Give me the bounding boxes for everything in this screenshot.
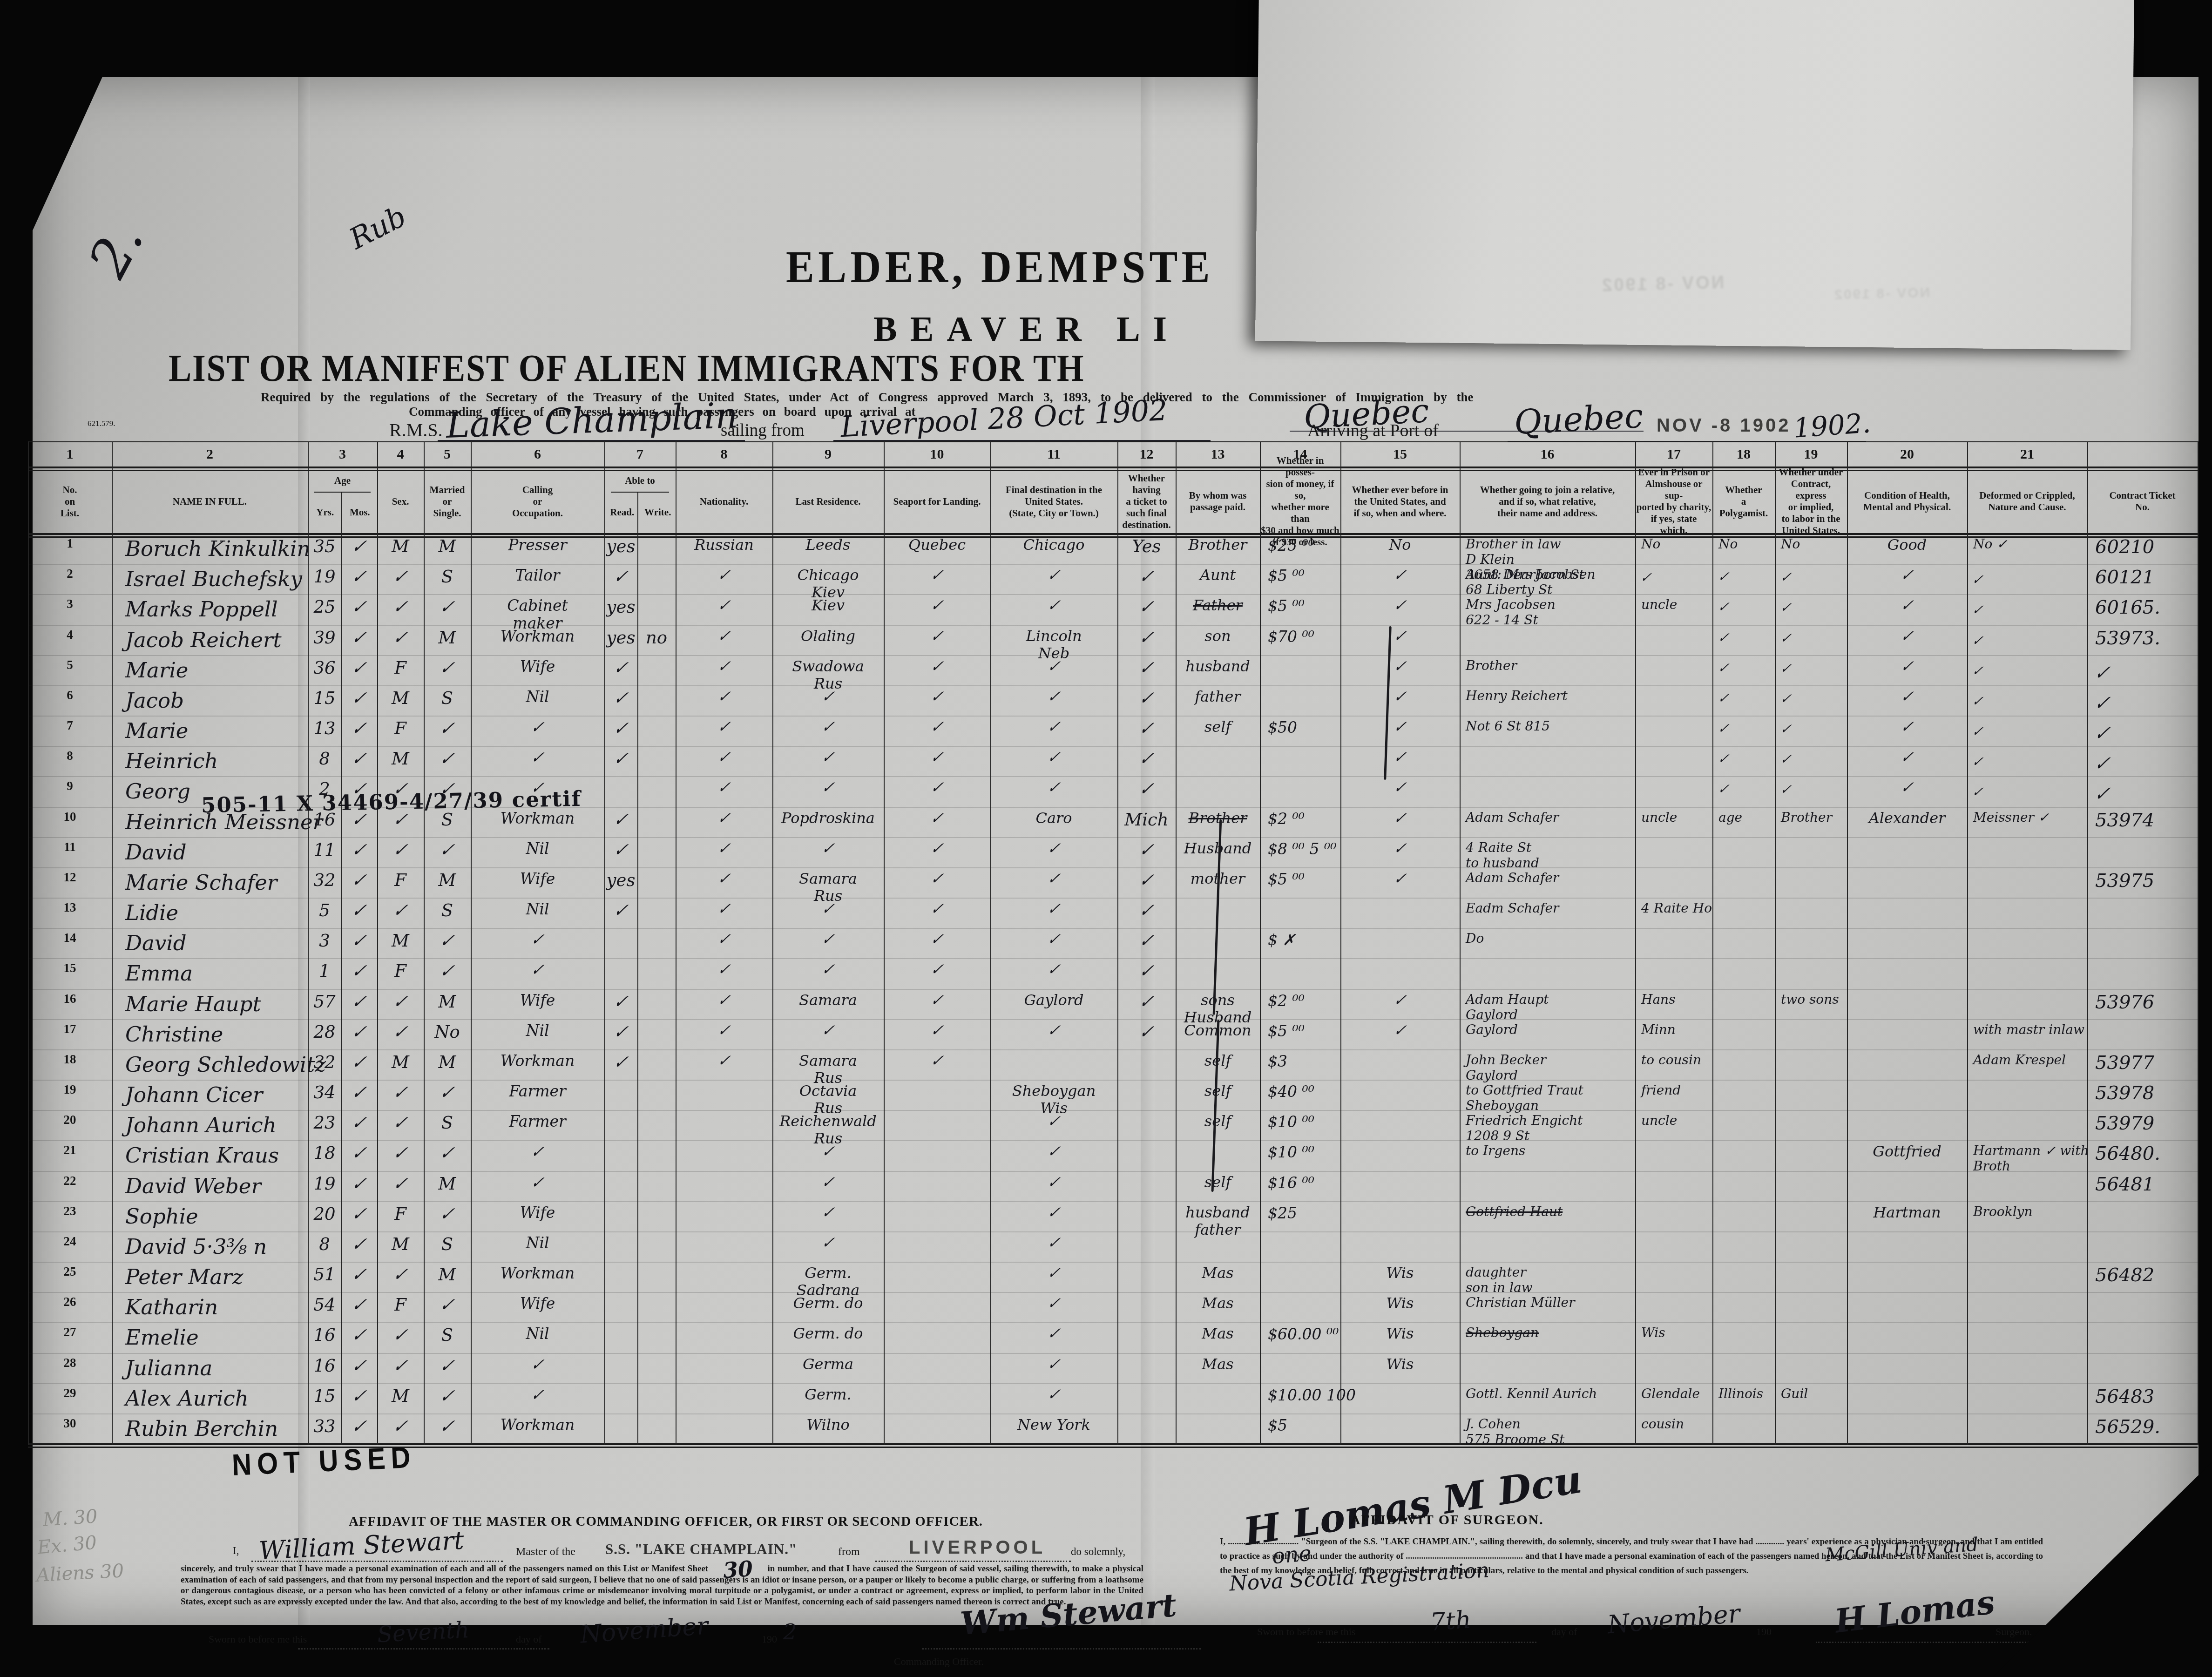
table-cell: Wife [472,658,603,676]
table-cell: Christian Müller [1461,1295,1638,1310]
table-cell: Minn [1637,1022,1716,1037]
column-header: Ever in Prison or Almshouse or sup- port… [1636,471,1711,532]
table-cell: ✓ [341,1142,378,1165]
table-cell: Wife [472,870,603,888]
column-sub-label: Mos. [343,494,378,531]
table-cell: $25 [1261,1204,1346,1222]
surgeon-sworn-underline [1318,1642,1536,1643]
table-cell: 15 [29,961,110,975]
column-divider [1712,441,1713,1445]
table-cell: No [1714,536,1778,552]
table-cell: Wife [472,1204,603,1222]
table-cell: Germ. Sadrana [774,1265,882,1299]
table-cell: Marie Schafer [113,870,318,895]
table-cell: 13 [309,718,340,738]
table-cell: daughter son in law [1461,1265,1638,1295]
table-cell: Brother [1177,536,1258,554]
column-header: Deformed or Crippled, Nature and Cause. [1968,471,2086,532]
table-cell: Friedrich Engicht 1208 9 St [1461,1113,1638,1143]
table-cell: ✓ [341,1172,378,1195]
column-header: Sex. [378,471,423,532]
table-cell: F [379,1295,422,1315]
table-cell: Alex Aurich [113,1386,318,1411]
table-cell: 14 [29,931,110,945]
table-cell: S [425,567,469,587]
table-cell: with mastr inlaw [1968,1022,2090,1037]
column-number: 5 [424,442,471,467]
sheet-number-handwritten: 30 [711,1568,765,1571]
table-cell: Johann Aurich [113,1113,318,1137]
table-cell: Israel Buchefsky [113,567,318,591]
table-cell: ✓ [341,1050,378,1074]
column-group-label: Able to [604,471,676,490]
table-cell: John Becker Gaylord [1461,1052,1638,1083]
table-cell: 25 [29,1265,110,1279]
table-cell: $5 ⁰⁰ [1261,567,1346,585]
table-cell: 32 [309,870,340,890]
ghost-stamp-text: NOV -8 1902 [1833,285,1930,303]
table-cell: $3 [1261,1052,1346,1070]
table-cell: Mas [1177,1265,1258,1282]
table-cell: Aunt: Mrs Jacobsen 68 Liberty St [1461,567,1638,597]
table-cell: 13 [29,900,110,915]
table-cell: ✓ [341,1414,378,1438]
ghost-stamp-text: NOV -8 1902 [1600,273,1725,296]
table-cell: Eadm Schafer [1461,900,1638,916]
liverpool-stamp: LIVERPOOL [909,1537,1046,1558]
table-cell: Kiev [774,597,882,614]
table-cell: 11 [29,840,110,854]
table-cell: ✓ [341,1202,378,1225]
table-cell: 29 [29,1386,110,1400]
table-cell: to Gottfried Traut Sheboygan [1461,1082,1638,1113]
table-cell: uncle [1637,1113,1716,1128]
table-cell: Mas [1177,1325,1258,1342]
table-cell: Nil [472,688,603,706]
table-cell: 28 [29,1356,110,1370]
table-cell: Lidie [113,900,318,925]
column-sub-label: Write. [640,494,676,531]
table-cell: Tailor [472,567,603,584]
table-cell: Hartman [1848,1204,1966,1221]
table-cell: Gaylord [1461,1022,1638,1037]
pencil-note-manifest: M. 30 [42,1506,98,1531]
column-number: 18 [1712,442,1775,467]
column-number: 1 [28,442,112,467]
table-cell: Gaylord [992,992,1116,1009]
master-body-a: sincerely, and truly swear that I have m… [181,1564,708,1574]
table-cell: Sophie [113,1204,318,1229]
column-header: Whether having a ticket to such final de… [1118,471,1175,532]
table-cell: Illinois [1714,1386,1778,1401]
table-cell: Peter Marz [113,1265,318,1289]
table-cell: ✓ [604,899,638,922]
table-cell: 23 [29,1204,110,1218]
table-cell: Gottfried [1848,1143,1966,1160]
column-header: Seaport for Landing. [885,471,989,532]
master-affidavit-heading: AFFIDAVIT OF THE MASTER OR COMMANDING OF… [196,1514,1136,1529]
table-cell: M [379,1052,422,1072]
table-cell: 20 [309,1204,340,1224]
table-double-rule [28,467,2198,468]
table-cell: 53974 [2089,810,2203,831]
master-sworn-day: Seventh [377,1617,470,1648]
table-cell: Leeds [774,536,882,554]
surgeon-year-print: 190 [1756,1626,1772,1638]
table-cell: ✓ [341,565,378,588]
table-cell: $5 ⁰⁰ [1261,597,1346,615]
table-cell: ✓ [341,899,378,922]
table-cell: Marie [113,718,318,743]
column-number: 9 [772,442,884,467]
table-cell: J. Cohen 575 Broome St [1461,1416,1638,1447]
table-cell: Wis [1342,1295,1458,1312]
table-cell: M [425,870,469,890]
column-divider [1260,441,1261,1445]
table-cell: 12 [29,870,110,885]
table-cell: $5 ⁰⁰ [1261,870,1346,888]
table-cell: Nil [472,840,603,858]
table-cell: Good [1848,536,1966,554]
table-cell: 60165. [2089,597,2203,618]
table-cell: Georg Schledowitz [113,1052,318,1077]
table-cell: F [379,658,422,678]
table-cell: 33 [309,1416,340,1436]
table-cell: Workman [472,1416,603,1434]
surgeon-experience-hw: one [1271,1540,1312,1569]
table-cell: No [1637,536,1716,552]
column-header: Condition of Health, Mental and Physical… [1848,471,1966,532]
table-cell: ✓ [341,990,378,1013]
table-cell: 8 [29,749,110,763]
table-cell: yes [606,597,636,617]
table-cell: S [425,688,469,708]
table-cell: 10 [29,810,110,824]
table-cell: Mas [1177,1295,1258,1312]
table-cell: Emma [113,961,318,986]
table-cell: Boruch Kinkulkin [113,536,318,561]
column-divider [1176,441,1177,1445]
table-cell: David Weber [113,1174,318,1198]
table-cell: ✓ [341,595,378,619]
master-affidavit-body: sincerely, and truly swear that I have m… [181,1563,1143,1607]
master-name-underline [251,1561,503,1562]
table-cell: ✓ [604,838,638,861]
table-cell: Samara Rus [774,1052,882,1087]
column-header: Contract Ticket No. [2088,471,2197,532]
table-cell: father [1177,688,1258,705]
column-group-underline [314,492,371,493]
table-cell: Nil [472,1234,603,1252]
table-cell: Octavia Rus [774,1082,882,1117]
table-cell: 36 [309,658,340,678]
column-number: 19 [1775,442,1847,467]
table-cell: 53978 [2089,1082,2203,1104]
table-cell: 51 [309,1265,340,1285]
year-handwritten: 1902. [1793,407,1872,444]
table-cell: New York [992,1416,1116,1434]
ship-name-stamp: S.S. "LAKE CHAMPLAIN." [605,1541,797,1558]
table-cell: Workman [472,628,603,645]
table-cell: S [425,1113,469,1133]
table-cell: to Irgens [1461,1143,1638,1158]
table-cell: M [379,931,422,951]
table-cell: 11 [309,840,340,860]
table-cell: M [379,688,422,708]
table-cell: Farmer [472,1113,603,1130]
table-cell: 32 [309,1052,340,1072]
from-underline [875,1561,1071,1562]
table-cell: ✓ [341,747,378,771]
master-year-print: 190 [762,1633,777,1645]
table-cell: No [1342,536,1458,554]
column-group-label: Age [308,471,377,490]
table-cell: Workman [472,1052,603,1070]
column-subdivider [637,493,638,1445]
table-cell: F [379,870,422,890]
table-cell: ✓ [341,656,378,679]
table-cell: Adam Haupt Gaylord [1461,992,1638,1022]
table-cell: 28 [309,1022,340,1042]
table-cell: Jacob [113,688,318,713]
table-cell: ✓ [341,1324,378,1347]
table-cell: 53977 [2089,1052,2203,1074]
table-cell: David [113,840,318,865]
table-cell: friend [1637,1082,1716,1098]
table-cell: 56480. [2089,1143,2203,1164]
table-cell: Mrs Jacobsen 622 - 14 St [1461,597,1638,628]
surgeon-day-of: day of [1551,1626,1577,1638]
table-cell: Chicago Kiev [774,567,882,601]
table-cell: 53979 [2089,1113,2203,1134]
column-header: Whether in posses- sion of money, if so,… [1261,471,1339,532]
table-cell: two sons [1776,992,1850,1007]
table-cell: $60.00 ⁰⁰ [1261,1325,1346,1343]
table-cell: ✓ [341,1384,378,1407]
table-cell: $10 ⁰⁰ [1261,1113,1346,1131]
column-header: Nationality. [676,471,771,532]
table-cell: cousin [1637,1416,1716,1432]
table-cell: 60210 [2089,536,2203,558]
table-cell: Julianna [113,1356,318,1380]
column-header: Whether going to join a relative, and if… [1461,471,1634,532]
column-subdivider [341,493,342,1445]
table-cell: Brooklyn [1968,1204,2090,1219]
table-cell: $8 ⁰⁰ 5 ⁰⁰ [1261,840,1346,858]
column-number: 20 [1847,442,1967,467]
column-number: 17 [1635,442,1712,467]
column-header: Whether ever before in the United States… [1341,471,1459,532]
table-cell: Do [1461,931,1638,946]
surgeon-sworn-prefix: Sworn to before me this [1257,1626,1355,1638]
column-header: Married or Single. [425,471,470,532]
table-cell: M [425,536,469,556]
table-cell: 16 [309,1356,340,1376]
table-cell: ✓ [341,1354,378,1377]
table-cell: 9 [29,779,110,793]
line-name: BEAVER LI [873,309,1180,350]
table-cell: $16 ⁰⁰ [1261,1174,1346,1192]
column-divider [28,441,29,1445]
column-number [2087,442,2198,467]
table-cell: yes [606,870,636,890]
table-cell: Katharin [113,1295,318,1319]
table-cell: ✓ [341,686,378,710]
table-cell: S [425,1234,469,1254]
surgeon-label: Surgeon. [1996,1626,2032,1638]
table-cell: Meissner ✓ [1968,810,2090,825]
table-cell: Alexander [1848,810,1966,827]
table-cell: M [425,1174,469,1194]
table-cell: ✓ [604,565,638,588]
table-cell: 7 [29,718,110,733]
table-cell: Brother [1461,658,1638,673]
table-cell: 3 [309,931,340,951]
table-cell: David 5·3⅜ n [113,1234,318,1259]
column-number: 4 [377,442,424,467]
pencil-note-aliens: Aliens 30 [36,1560,124,1586]
table-cell: Workman [472,1265,603,1282]
column-header: Whether under Contract, express or impli… [1776,471,1846,532]
table-cell: $ ✗ [1261,931,1346,949]
table-cell: Sheboygan [1461,1325,1638,1340]
table-cell: $50 [1261,718,1346,737]
table-cell: David [113,931,318,955]
table-cell: 6 [29,688,110,703]
table-cell: to cousin [1637,1052,1716,1068]
table-cell: Brother [1776,810,1850,825]
table-cell: 1 [309,961,340,981]
table-cell: Cristian Kraus [113,1143,318,1168]
table-cell: 23 [309,1113,340,1133]
table-cell: ✓ [341,534,378,558]
table-cell: son [1177,628,1258,645]
table-cell: 30 [29,1416,110,1431]
table-cell: ✓ [341,1293,378,1317]
table-cell: $5 ⁰⁰ [1261,1022,1346,1040]
master-of-label: Master of the [516,1546,575,1558]
arriving-port-handwritten: Quebec [1513,396,1644,442]
table-cell: F [379,1204,422,1224]
table-cell: husband father [1177,1204,1258,1238]
table-cell: Wis [1342,1356,1458,1373]
table-cell: $70 ⁰⁰ [1261,628,1346,646]
table-cell: No [1776,536,1850,552]
table-cell: Heinrich [113,749,318,773]
column-number: 16 [1460,442,1635,467]
column-number: 10 [884,442,990,467]
scanned-manifest-page: 2. Rub ELDER, DEMPSTE BEAVER LI LIST OR … [0,0,2212,1677]
table-cell: 4 [29,628,110,642]
master-sworn-prefix: Sworn to before me this [209,1633,307,1645]
table-cell: Samara [774,992,882,1009]
column-header: No. on List. [29,471,111,532]
table-cell: 21 [29,1143,110,1157]
column-header: Calling or Occupation. [472,471,603,532]
overlay-paper-sheet: NOV -8 1902 NOV -8 1902 [1255,0,2134,350]
table-cell: 1 [29,536,110,551]
table-cell: self [1177,718,1258,736]
table-cell: self [1177,1113,1258,1130]
table-cell: No [425,1022,469,1042]
table-cell: 39 [309,628,340,648]
table-cell: ✓ [341,717,378,740]
table-cell: Aunt [1177,567,1258,584]
table-cell: 56481 [2089,1174,2203,1195]
table-cell: Adam Schafer [1461,870,1638,886]
table-cell: 22 [29,1174,110,1188]
table-cell: ✓ [341,838,378,861]
table-cell: Mas [1177,1356,1258,1373]
column-header: Last Residence. [773,471,883,532]
table-cell: Chicago [992,536,1116,554]
table-cell: 18 [309,1143,340,1163]
table-cell: No ✓ [1968,536,2090,552]
table-cell: 2 [29,567,110,581]
column-header: By whom was passage paid. [1177,471,1259,532]
table-double-rule [28,533,2198,535]
column-number: 21 [1967,442,2087,467]
table-cell: Glendale [1637,1386,1716,1401]
table-cell: yes [606,536,636,556]
column-divider [2198,441,2198,1445]
table-cell: 16 [29,992,110,1006]
arrival-date-stamp: NOV -8 1902 [1657,415,1791,436]
table-cell: Marie Haupt [113,992,318,1016]
table-cell: Quebec [885,536,989,554]
table-cell: Adam Schafer [1461,810,1638,825]
table-cell: $25 ⁰⁰ [1261,536,1346,554]
table-cell: Olaling [774,628,882,645]
table-cell: Gottl. Kennil Aurich [1461,1386,1638,1401]
table-cell: 15 [309,1386,340,1406]
surgeon-sworn-day: 7th [1429,1606,1472,1636]
table-cell: Nil [472,900,603,918]
table-cell: Farmer [472,1082,603,1100]
surgeon-signature-underline [1816,1642,2049,1643]
table-cell: Russian [677,536,771,554]
table-cell: ✓ [341,868,378,892]
table-cell: Guil [1776,1386,1850,1401]
column-number: 2 [112,442,308,467]
table-cell: Jacob Reichert [113,628,318,652]
table-cell: Father [1177,597,1258,614]
table-cell: Wis [1342,1325,1458,1342]
table-cell: 25 [309,597,340,617]
rms-label: R.M.S. [389,419,443,441]
table-cell: M [379,536,422,556]
master-i-label: I, [233,1545,239,1557]
table-cell: $10 ⁰⁰ [1261,1143,1346,1161]
table-cell: Marks Poppell [113,597,318,622]
table-cell: uncle [1637,597,1716,612]
column-number: 13 [1176,442,1260,467]
table-cell: ✓ [604,656,638,679]
table-cell: 53973. [2089,628,2203,649]
table-cell: 56483 [2089,1386,2203,1407]
table-cell: Germ. do [774,1295,882,1312]
table-cell: Wis [1637,1325,1716,1340]
table-cell: 5 [29,658,110,672]
table-cell: Germ. do [774,1325,882,1342]
column-number: 15 [1340,442,1460,467]
table-cell: M [379,1386,422,1406]
column-divider [604,441,605,1445]
table-cell: Brother [1177,810,1258,827]
column-divider [1847,441,1848,1445]
table-cell: M [425,992,469,1012]
table-cell: Johann Cicer [113,1082,318,1107]
